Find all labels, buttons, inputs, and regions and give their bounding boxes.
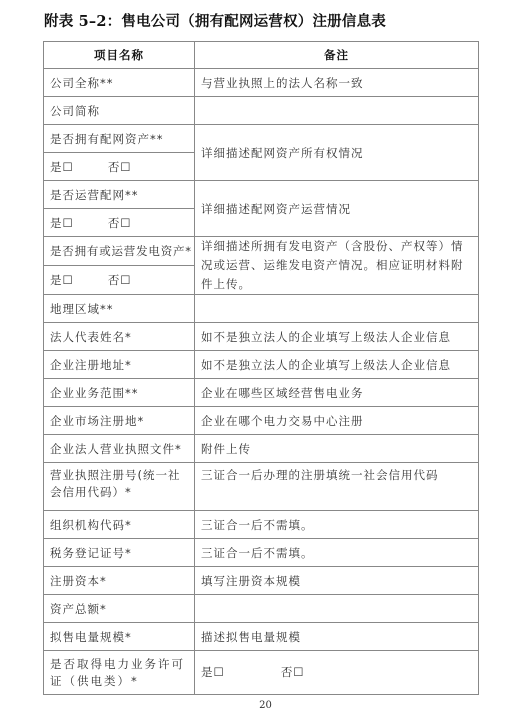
yes-no-choice-cell: 是☐否☐	[44, 209, 195, 237]
yes-checkbox[interactable]: 是☐	[50, 160, 74, 174]
note-cell: 描述拟售电量规模	[195, 623, 479, 651]
table-row: 法人代表姓名* 如不是独立法人的企业填写上级法人企业信息	[44, 323, 479, 351]
note-cell[interactable]	[195, 595, 479, 623]
note-cell: 如不是独立法人的企业填写上级法人企业信息	[195, 323, 479, 351]
item-name-cell: 公司简称	[44, 97, 195, 125]
item-name-cell: 注册资本*	[44, 567, 195, 595]
note-cell: 三证合一后不需填。	[195, 539, 479, 567]
table-row: 拟售电量规模* 描述拟售电量规模	[44, 623, 479, 651]
no-checkbox[interactable]: 否☐	[108, 216, 132, 230]
item-name-cell: 企业注册地址*	[44, 351, 195, 379]
item-name-cell: 税务登记证号*	[44, 539, 195, 567]
table-row: 是否取得电力业务许可证（供电类）* 是☐否☐	[44, 651, 479, 695]
item-name-cell: 公司全称**	[44, 69, 195, 97]
item-name-cell: 企业业务范围**	[44, 379, 195, 407]
registration-info-table: 项目名称 备注 公司全称** 与营业执照上的法人名称一致 公司简称 是否拥有配网…	[43, 41, 479, 695]
table-row: 注册资本* 填写注册资本规模	[44, 567, 479, 595]
item-name-cell: 组织机构代码*	[44, 511, 195, 539]
column-header-notes: 备注	[195, 42, 479, 69]
table-row: 是否拥有配网资产** 详细描述配网资产所有权情况	[44, 125, 479, 153]
table-row: 资产总额*	[44, 595, 479, 623]
yes-checkbox[interactable]: 是☐	[50, 273, 74, 287]
table-row: 地理区域**	[44, 295, 479, 323]
note-cell: 三证合一后办理的注册填统一社会信用代码	[195, 463, 479, 511]
page-number: 20	[0, 700, 531, 711]
yes-no-choice-cell: 是☐否☐	[44, 153, 195, 181]
item-name-cell: 拟售电量规模*	[44, 623, 195, 651]
note-cell[interactable]	[195, 97, 479, 125]
table-row: 公司全称** 与营业执照上的法人名称一致	[44, 69, 479, 97]
no-checkbox[interactable]: 否☐	[281, 665, 305, 679]
note-cell[interactable]	[195, 295, 479, 323]
table-row: 企业市场注册地* 企业在哪个电力交易中心注册	[44, 407, 479, 435]
yes-checkbox[interactable]: 是☐	[201, 665, 225, 679]
item-name-cell: 营业执照注册号(统一社会信用代码）*	[44, 463, 195, 511]
note-cell: 企业在哪些区域经营售电业务	[195, 379, 479, 407]
license-choice-cell: 是☐否☐	[195, 651, 479, 695]
item-name-cell: 是否运营配网**	[44, 181, 195, 209]
item-name-cell: 企业市场注册地*	[44, 407, 195, 435]
item-name-cell: 是否拥有配网资产**	[44, 125, 195, 153]
note-cell: 附件上传	[195, 435, 479, 463]
table-row: 企业注册地址* 如不是独立法人的企业填写上级法人企业信息	[44, 351, 479, 379]
item-name-cell: 法人代表姓名*	[44, 323, 195, 351]
table-row: 企业法人营业执照文件* 附件上传	[44, 435, 479, 463]
note-cell: 填写注册资本规模	[195, 567, 479, 595]
table-row: 公司简称	[44, 97, 479, 125]
table-row: 组织机构代码* 三证合一后不需填。	[44, 511, 479, 539]
no-checkbox[interactable]: 否☐	[108, 160, 132, 174]
item-name-cell: 企业法人营业执照文件*	[44, 435, 195, 463]
note-cell: 三证合一后不需填。	[195, 511, 479, 539]
column-header-item-name: 项目名称	[44, 42, 195, 69]
table-row: 企业业务范围** 企业在哪些区域经营售电业务	[44, 379, 479, 407]
table-row: 是否拥有或运营发电资产* 详细描述所拥有发电资产（含股份、产权等）情况或运营、运…	[44, 237, 479, 266]
table-row: 营业执照注册号(统一社会信用代码）* 三证合一后办理的注册填统一社会信用代码	[44, 463, 479, 511]
table-row: 税务登记证号* 三证合一后不需填。	[44, 539, 479, 567]
note-cell: 企业在哪个电力交易中心注册	[195, 407, 479, 435]
yes-no-choice-cell: 是☐否☐	[44, 266, 195, 295]
item-name-cell: 资产总额*	[44, 595, 195, 623]
note-cell: 与营业执照上的法人名称一致	[195, 69, 479, 97]
no-checkbox[interactable]: 否☐	[108, 273, 132, 287]
item-name-cell: 地理区域**	[44, 295, 195, 323]
note-cell: 如不是独立法人的企业填写上级法人企业信息	[195, 351, 479, 379]
item-name-cell: 是否拥有或运营发电资产*	[44, 237, 195, 266]
table-row: 是否运营配网** 详细描述配网资产运营情况	[44, 181, 479, 209]
note-cell: 详细描述配网资产所有权情况	[195, 125, 479, 181]
yes-checkbox[interactable]: 是☐	[50, 216, 74, 230]
table-header-row: 项目名称 备注	[44, 42, 479, 69]
note-cell: 详细描述所拥有发电资产（含股份、产权等）情况或运营、运维发电资产情况。相应证明材…	[195, 237, 479, 295]
item-name-cell: 是否取得电力业务许可证（供电类）*	[44, 651, 195, 695]
note-cell: 详细描述配网资产运营情况	[195, 181, 479, 237]
document-title: 附表 5–2：售电公司（拥有配网运营权）注册信息表	[44, 10, 386, 31]
